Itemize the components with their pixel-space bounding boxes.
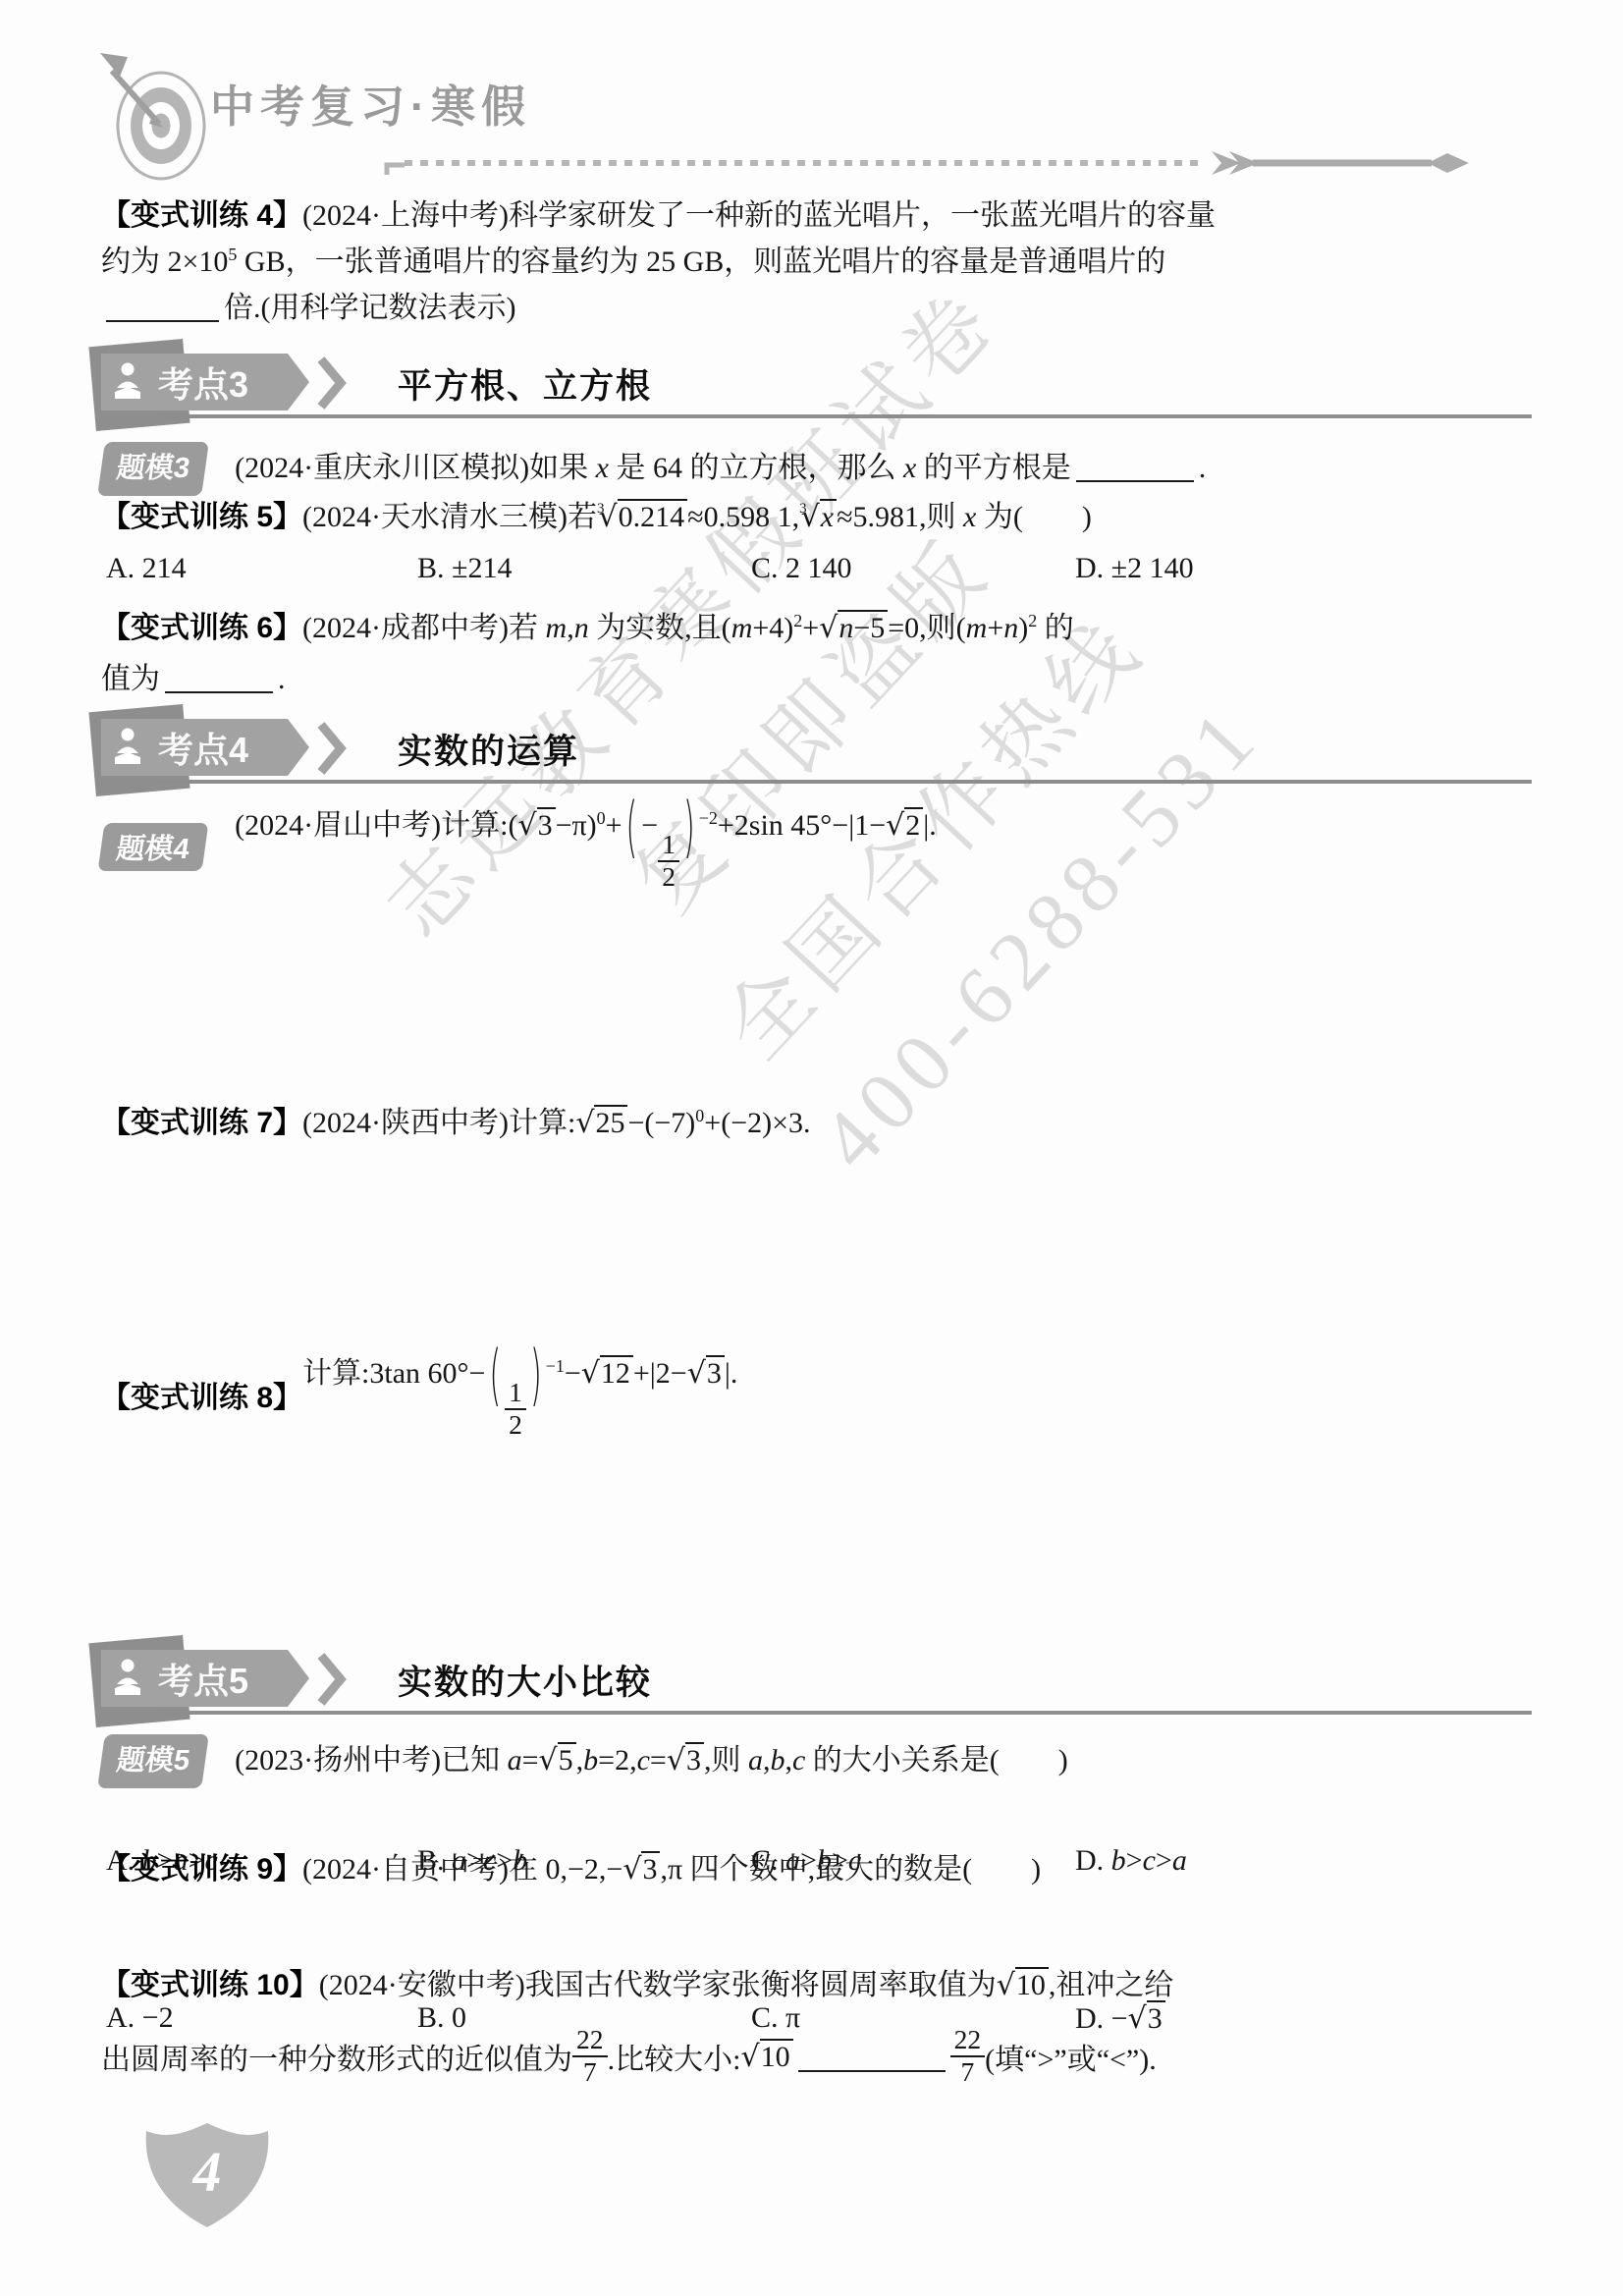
question-label: 【变式训练 9】: [101, 1853, 302, 1886]
option-d: D. b>c>a: [1075, 1844, 1187, 1878]
workbook-page: 志远教育寒假班试卷 复印即盗版 全国合作热线 400-6288-531 中考复习…: [0, 0, 1623, 2296]
question-text: (2024·成都中考)若 m,n 为实数,且(m+4)2+√n−5=0,则(m+…: [302, 612, 1074, 644]
section-kaodian5: 考点5 实数的大小比较: [101, 1646, 1532, 1724]
question-label: 【变式训练 4】: [101, 199, 302, 232]
question-text: (2024·重庆永川区模拟)如果 x 是 64 的立方根，那么 x 的平方根是.: [235, 452, 1206, 484]
option-a: A. 214: [106, 552, 187, 585]
option-c: C. 2 140: [751, 552, 852, 585]
timo-badge: 题模5: [97, 1734, 209, 1788]
kaodian-banner: 考点5: [101, 1650, 309, 1707]
timo-badge: 题模4: [98, 823, 209, 871]
section-kaodian4: 考点4 实数的运算: [101, 715, 1532, 793]
question-vr8: 【变式训练 8】计算:3tan 60°−(12)−1−√12+|2−√3|.: [101, 1347, 737, 1442]
header-divider: [381, 147, 1476, 191]
question-vr6-line2: 值为.: [101, 656, 286, 702]
question-vr4-line2: 约为 2×105 GB，一张普通唱片的容量约为 25 GB，则蓝光唱片的容量是普…: [101, 239, 1165, 285]
page-title: 中考复习·寒假: [210, 71, 531, 135]
section-title: 实数的大小比较: [398, 1656, 652, 1705]
target-dart-icon: [98, 49, 208, 185]
reader-person-icon: [113, 360, 148, 404]
question-text: (2024·安徽中考)我国古代数学家张衡将圆周率取值为√10,祖冲之给: [319, 1969, 1174, 2001]
question-vr6-line1: 【变式训练 6】(2024·成都中考)若 m,n 为实数,且(m+4)2+√n−…: [101, 605, 1074, 651]
kaodian-badge-label: 考点5: [158, 1654, 248, 1704]
option-d: D. ±2 140: [1075, 552, 1194, 585]
section-rule: [158, 1711, 1532, 1715]
question-text: (2024·陕西中考)计算:√25−(−7)0+(−2)×3.: [302, 1107, 811, 1139]
chevron-right-icon: [317, 352, 347, 414]
question-label: 【变式训练 10】: [101, 1969, 319, 2001]
question-text: (2024·眉山中考)计算:(√3−π)0+(−12)−2+2sin 45°−|…: [235, 800, 937, 893]
question-text: 计算:3tan 60°−(12)−1−√12+|2−√3|.: [302, 1348, 737, 1441]
question-label: 【变式训练 6】: [101, 612, 302, 644]
section-rule: [158, 414, 1532, 418]
page-number: 4: [137, 2139, 277, 2205]
section-title: 平方根、立方根: [398, 359, 652, 409]
question-vr10-line2: 出圆周率的一种分数形式的近似值为227.比较大小:√10227(填“>”或“<”…: [101, 2009, 1157, 2104]
question-timo3: 题模3(2024·重庆永川区模拟)如果 x 是 64 的立方根，那么 x 的平方…: [101, 442, 1206, 496]
kaodian-banner: 考点3: [101, 354, 309, 410]
dashed-arrow-line: [381, 147, 1476, 183]
question-timo4: 题模4(2024·眉山中考)计算:(√3−π)0+(−12)−2+2sin 45…: [101, 797, 937, 896]
timo-badge: 题模3: [97, 442, 209, 496]
chevron-right-icon: [317, 717, 347, 780]
header-target-icon: [98, 49, 208, 192]
question-label: 【变式训练 5】: [101, 501, 302, 533]
section-kaodian3: 考点3 平方根、立方根: [101, 350, 1532, 428]
question-label: 【变式训练 8】: [101, 1373, 302, 1416]
section-rule: [158, 780, 1532, 784]
kaodian-badge-label: 考点4: [158, 723, 248, 773]
question-text: (2024·上海中考)科学家研发了一种新的蓝光唱片，一张蓝光唱片的容量: [302, 199, 1216, 232]
question-text: (2023·扬州中考)已知 a=√5,b=2,c=√3,则 a,b,c 的大小关…: [235, 1744, 1068, 1777]
kaodian-badge-label: 考点3: [158, 357, 248, 408]
question-timo5: 题模5(2023·扬州中考)已知 a=√5,b=2,c=√3,则 a,b,c 的…: [101, 1734, 1068, 1788]
question-label: 【变式训练 7】: [101, 1107, 302, 1139]
kaodian-banner: 考点4: [101, 719, 309, 776]
option-b: B. ±214: [417, 552, 512, 585]
question-text: (2024·天水清水三模)若3√0.214≈0.598 1,3√x≈5.981,…: [302, 501, 1092, 533]
question-vr10-line1: 【变式训练 10】(2024·安徽中考)我国古代数学家张衡将圆周率取值为√10,…: [101, 1962, 1173, 2008]
chevron-right-icon: [317, 1648, 347, 1711]
question-vr5: 【变式训练 5】(2024·天水清水三模)若3√0.214≈0.598 1,3√…: [101, 494, 1092, 540]
question-vr4-line3: 倍.(用科学记数法表示): [101, 285, 515, 331]
options-row-vr5: A. 214 B. ±214 C. 2 140 D. ±2 140: [101, 552, 1532, 601]
section-title: 实数的运算: [398, 725, 579, 774]
question-text: (2024·自贡中考)在 0,−2,−√3,π 四个数中,最大的数是( ): [302, 1853, 1041, 1886]
page-number-shield: 4: [137, 2117, 277, 2239]
question-vr7: 【变式训练 7】(2024·陕西中考)计算:√25−(−7)0+(−2)×3.: [101, 1100, 811, 1146]
reader-person-icon: [113, 1657, 148, 1700]
reader-person-icon: [113, 726, 148, 769]
question-vr9: 【变式训练 9】(2024·自贡中考)在 0,−2,−√3,π 四个数中,最大的…: [101, 1846, 1041, 1892]
question-vr4-line1: 【变式训练 4】(2024·上海中考)科学家研发了一种新的蓝光唱片，一张蓝光唱片…: [101, 192, 1216, 239]
